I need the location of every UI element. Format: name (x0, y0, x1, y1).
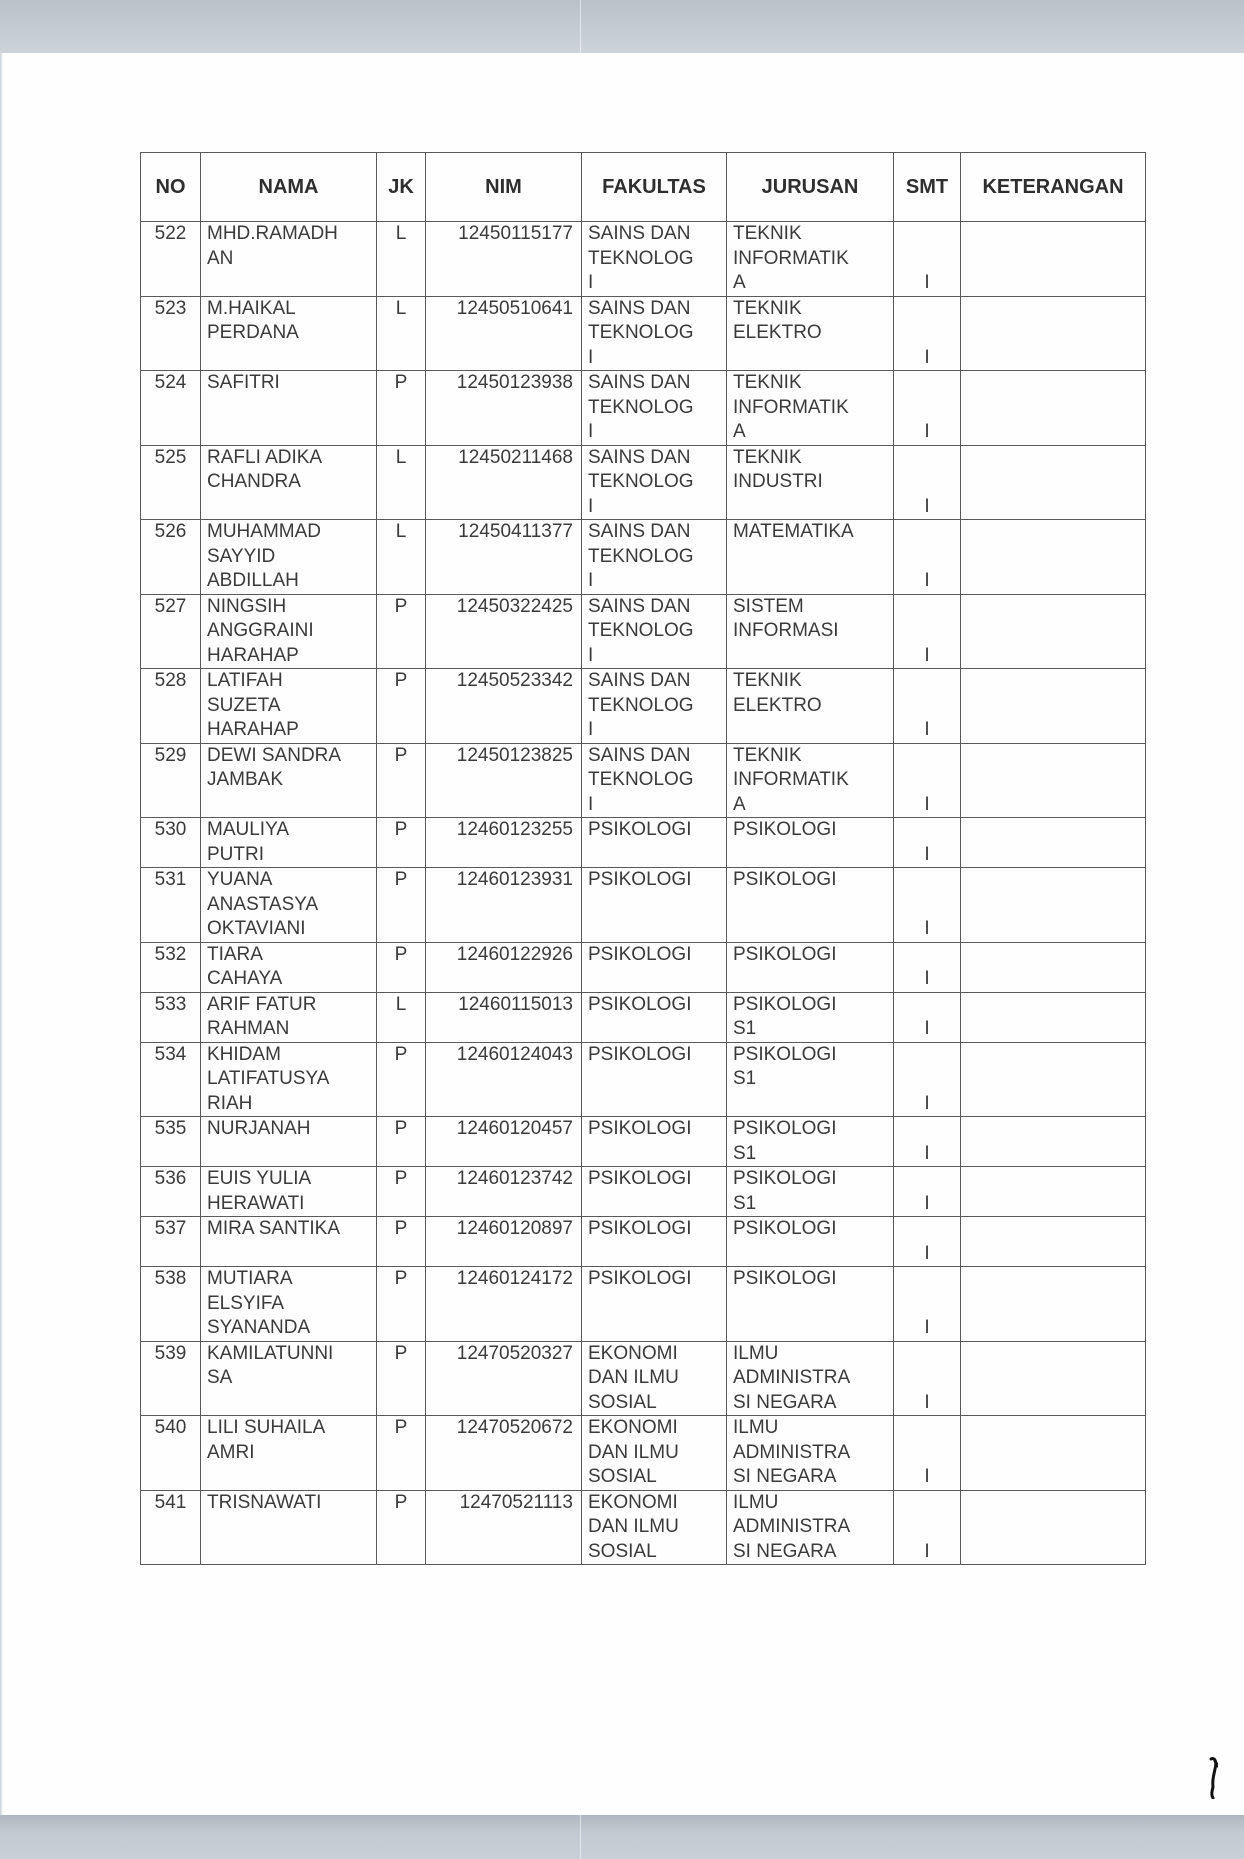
cell-jk-text: P (383, 1267, 419, 1292)
cell-jk-text: P (383, 595, 419, 620)
cell-keterangan (961, 222, 1146, 297)
cell-fakultas-text: PSIKOLOGI (588, 1117, 720, 1142)
cell-jk: P (377, 1117, 426, 1167)
cell-nim-text: 12460124172 (432, 1267, 573, 1292)
cell-nama-text: MIRA SANTIKA (207, 1217, 370, 1242)
cell-jurusan-text: PSIKOLOGI (733, 1217, 887, 1242)
cell-jk-text: P (383, 1167, 419, 1192)
cell-smt: I (894, 520, 961, 595)
cell-nim: 12460115013 (426, 992, 582, 1042)
cell-jurusan-text: TEKNIK ELEKTRO (733, 297, 887, 346)
cell-nim: 12470520327 (426, 1341, 582, 1416)
cell-fakultas: SAINS DAN TEKNOLOG I (582, 743, 727, 818)
cell-smt: I (894, 743, 961, 818)
cell-smt: I (894, 868, 961, 943)
cell-fakultas-text: PSIKOLOGI (588, 943, 720, 968)
cell-nama: NINGSIH ANGGRAINI HARAHAP (201, 594, 377, 669)
cell-fakultas-text: PSIKOLOGI (588, 868, 720, 893)
cell-jurusan: MATEMATIKA (727, 520, 894, 595)
cell-smt-text: I (900, 644, 954, 669)
cell-jk-text: P (383, 1217, 419, 1242)
cell-nim-text: 12460124043 (432, 1043, 573, 1068)
student-table: NO NAMA JK NIM FAKULTAS JURUSAN SMT KETE… (140, 152, 1146, 1565)
table-row: 536EUIS YULIA HERAWATIP12460123742PSIKOL… (141, 1167, 1146, 1217)
cell-no: 541 (141, 1490, 201, 1565)
cell-keterangan (961, 743, 1146, 818)
cell-nama-text: KAMILATUNNI SA (207, 1342, 370, 1391)
cell-jk: P (377, 1217, 426, 1267)
cell-fakultas: EKONOMI DAN ILMU SOSIAL (582, 1341, 727, 1416)
cell-jk: P (377, 371, 426, 446)
cell-nim-text: 12450123938 (432, 371, 573, 396)
table-row: 522MHD.RAMADH ANL12450115177SAINS DAN TE… (141, 222, 1146, 297)
cell-nim: 12460123255 (426, 818, 582, 868)
cell-nama: RAFLI ADIKA CHANDRA (201, 445, 377, 520)
cell-jurusan: PSIKOLOGI S1 (727, 992, 894, 1042)
cell-fakultas-text: PSIKOLOGI (588, 1217, 720, 1242)
cell-smt-text: I (900, 967, 954, 992)
cell-jurusan-text: TEKNIK INFORMATIK A (733, 222, 887, 296)
cell-nim-text: 12460120457 (432, 1117, 573, 1142)
table-row: 527NINGSIH ANGGRAINI HARAHAPP12450322425… (141, 594, 1146, 669)
cell-jurusan-text: ILMU ADMINISTRA SI NEGARA (733, 1491, 887, 1565)
cell-no-text: 533 (147, 993, 194, 1018)
cell-jk-text: L (383, 297, 419, 322)
cell-nim-text: 12460123255 (432, 818, 573, 843)
cell-no-text: 522 (147, 222, 194, 247)
cell-jk: P (377, 1167, 426, 1217)
cell-keterangan (961, 1117, 1146, 1167)
cell-keterangan (961, 1490, 1146, 1565)
cell-jurusan: TEKNIK INFORMATIK A (727, 371, 894, 446)
cell-no: 527 (141, 594, 201, 669)
cell-jk-text: L (383, 222, 419, 247)
cell-smt: I (894, 1217, 961, 1267)
cell-fakultas: PSIKOLOGI (582, 818, 727, 868)
cell-nama: DEWI SANDRA JAMBAK (201, 743, 377, 818)
cell-smt-text: I (900, 843, 954, 868)
cell-nim: 12460120897 (426, 1217, 582, 1267)
cell-jk: P (377, 942, 426, 992)
cell-no: 536 (141, 1167, 201, 1217)
cell-smt-text: I (900, 1242, 954, 1267)
cell-nama: M.HAIKAL PERDANA (201, 296, 377, 371)
table-header-row: NO NAMA JK NIM FAKULTAS JURUSAN SMT KETE… (141, 153, 1146, 222)
cell-no-text: 535 (147, 1117, 194, 1142)
cell-nim-text: 12470520327 (432, 1342, 573, 1367)
cell-fakultas-text: SAINS DAN TEKNOLOG I (588, 222, 720, 296)
table-row: 528LATIFAH SUZETA HARAHAPP12450523342SAI… (141, 669, 1146, 744)
cell-no: 535 (141, 1117, 201, 1167)
cell-keterangan (961, 296, 1146, 371)
cell-jurusan-text: TEKNIK INFORMATIK A (733, 744, 887, 818)
cell-nim: 12460123931 (426, 868, 582, 943)
table-row: 534KHIDAM LATIFATUSYA RIAHP12460124043PS… (141, 1042, 1146, 1117)
cell-nim-text: 12470520672 (432, 1416, 573, 1441)
cell-no-text: 524 (147, 371, 194, 396)
cell-nama: KAMILATUNNI SA (201, 1341, 377, 1416)
cell-fakultas-text: SAINS DAN TEKNOLOG I (588, 297, 720, 371)
cell-jurusan: SISTEM INFORMASI (727, 594, 894, 669)
cell-smt-text: I (900, 420, 954, 445)
cell-jurusan-text: PSIKOLOGI (733, 943, 887, 968)
table-row: 526MUHAMMAD SAYYID ABDILLAHL12450411377S… (141, 520, 1146, 595)
cell-no-text: 537 (147, 1217, 194, 1242)
cell-nim-text: 12450523342 (432, 669, 573, 694)
cell-nama-text: NURJANAH (207, 1117, 370, 1142)
header-jk: JK (377, 153, 426, 222)
cell-fakultas: PSIKOLOGI (582, 992, 727, 1042)
cell-jurusan-text: PSIKOLOGI S1 (733, 993, 887, 1042)
cell-jurusan: PSIKOLOGI (727, 1267, 894, 1342)
cell-smt-text: I (900, 1391, 954, 1416)
cell-fakultas-text: SAINS DAN TEKNOLOG I (588, 520, 720, 594)
cell-jk: P (377, 1267, 426, 1342)
cell-nim: 12450123825 (426, 743, 582, 818)
cell-nama: KHIDAM LATIFATUSYA RIAH (201, 1042, 377, 1117)
cell-nim-text: 12450411377 (432, 520, 573, 545)
cell-smt-text: I (900, 793, 954, 818)
header-no: NO (141, 153, 201, 222)
cell-no-text: 525 (147, 446, 194, 471)
cell-nim-text: 12470521113 (432, 1491, 573, 1516)
cell-smt: I (894, 222, 961, 297)
cell-no: 539 (141, 1341, 201, 1416)
cell-nama-text: RAFLI ADIKA CHANDRA (207, 446, 370, 495)
cell-smt-text: I (900, 1192, 954, 1217)
cell-smt-text: I (900, 1540, 954, 1565)
cell-jurusan: TEKNIK ELEKTRO (727, 296, 894, 371)
cell-smt: I (894, 1042, 961, 1117)
cell-jk-text: L (383, 520, 419, 545)
table-row: 539KAMILATUNNI SAP12470520327EKONOMI DAN… (141, 1341, 1146, 1416)
cell-jurusan: TEKNIK INFORMATIK A (727, 222, 894, 297)
cell-no-text: 529 (147, 744, 194, 769)
cell-fakultas-text: SAINS DAN TEKNOLOG I (588, 446, 720, 520)
cell-no: 530 (141, 818, 201, 868)
cell-smt: I (894, 371, 961, 446)
cell-smt: I (894, 296, 961, 371)
cell-nim-text: 12460120897 (432, 1217, 573, 1242)
cell-nama-text: LILI SUHAILA AMRI (207, 1416, 370, 1465)
cell-keterangan (961, 1042, 1146, 1117)
cell-smt: I (894, 1167, 961, 1217)
cell-keterangan (961, 818, 1146, 868)
cell-jurusan-text: MATEMATIKA (733, 520, 887, 545)
cell-fakultas-text: SAINS DAN TEKNOLOG I (588, 744, 720, 818)
cell-fakultas-text: PSIKOLOGI (588, 1167, 720, 1192)
cell-fakultas-text: SAINS DAN TEKNOLOG I (588, 595, 720, 669)
cell-no-text: 540 (147, 1416, 194, 1441)
cell-nim: 12460122926 (426, 942, 582, 992)
cell-no-text: 532 (147, 943, 194, 968)
cell-no: 538 (141, 1267, 201, 1342)
table-row: 529DEWI SANDRA JAMBAKP12450123825SAINS D… (141, 743, 1146, 818)
cell-nama-text: MUHAMMAD SAYYID ABDILLAH (207, 520, 370, 594)
cell-no: 531 (141, 868, 201, 943)
cell-fakultas: EKONOMI DAN ILMU SOSIAL (582, 1490, 727, 1565)
table-row: 524SAFITRIP12450123938SAINS DAN TEKNOLOG… (141, 371, 1146, 446)
cell-jurusan: ILMU ADMINISTRA SI NEGARA (727, 1490, 894, 1565)
cell-nim-text: 12450211468 (432, 446, 573, 471)
cell-jurusan: ILMU ADMINISTRA SI NEGARA (727, 1341, 894, 1416)
cell-nim-text: 12450510641 (432, 297, 573, 322)
cell-no-text: 527 (147, 595, 194, 620)
table-row: 530MAULIYA PUTRIP12460123255PSIKOLOGIPSI… (141, 818, 1146, 868)
cell-no-text: 523 (147, 297, 194, 322)
cell-jk-text: L (383, 446, 419, 471)
table-body: 522MHD.RAMADH ANL12450115177SAINS DAN TE… (141, 222, 1146, 1565)
cell-nim-text: 12460123931 (432, 868, 573, 893)
cell-fakultas: PSIKOLOGI (582, 1167, 727, 1217)
cell-smt-text: I (900, 1465, 954, 1490)
cell-jurusan: PSIKOLOGI S1 (727, 1167, 894, 1217)
cell-no-text: 541 (147, 1491, 194, 1516)
cell-nim-text: 12460122926 (432, 943, 573, 968)
cell-no-text: 531 (147, 868, 194, 893)
cell-fakultas: SAINS DAN TEKNOLOG I (582, 594, 727, 669)
cell-jk-text: P (383, 744, 419, 769)
cell-fakultas: EKONOMI DAN ILMU SOSIAL (582, 1416, 727, 1491)
cell-jurusan-text: PSIKOLOGI (733, 868, 887, 893)
cell-fakultas: PSIKOLOGI (582, 1267, 727, 1342)
cell-smt: I (894, 1267, 961, 1342)
cell-no: 523 (141, 296, 201, 371)
cell-no: 540 (141, 1416, 201, 1491)
cell-no: 534 (141, 1042, 201, 1117)
cell-nama-text: ARIF FATUR RAHMAN (207, 993, 370, 1042)
cell-jurusan-text: PSIKOLOGI S1 (733, 1043, 887, 1092)
cell-nim-text: 12460123742 (432, 1167, 573, 1192)
cell-nama-text: NINGSIH ANGGRAINI HARAHAP (207, 595, 370, 669)
cell-jk-text: P (383, 1491, 419, 1516)
cell-nim-text: 12450123825 (432, 744, 573, 769)
header-nama: NAMA (201, 153, 377, 222)
cell-nim: 12450411377 (426, 520, 582, 595)
table-row: 525RAFLI ADIKA CHANDRAL12450211468SAINS … (141, 445, 1146, 520)
cell-fakultas: SAINS DAN TEKNOLOG I (582, 296, 727, 371)
cell-nama: MHD.RAMADH AN (201, 222, 377, 297)
cell-no: 532 (141, 942, 201, 992)
cell-smt: I (894, 445, 961, 520)
cell-nim: 12450115177 (426, 222, 582, 297)
cell-keterangan (961, 1217, 1146, 1267)
cell-nim: 12470520672 (426, 1416, 582, 1491)
cell-jurusan-text: TEKNIK ELEKTRO (733, 669, 887, 718)
table-row: 540LILI SUHAILA AMRIP12470520672EKONOMI … (141, 1416, 1146, 1491)
cell-smt-text: I (900, 1092, 954, 1117)
cell-keterangan (961, 942, 1146, 992)
cell-nama: MUTIARA ELSYIFA SYANANDA (201, 1267, 377, 1342)
cell-nama-text: TRISNAWATI (207, 1491, 370, 1516)
cell-jk-text: P (383, 1342, 419, 1367)
page-edge-shadow (0, 53, 3, 1815)
cell-smt: I (894, 1490, 961, 1565)
cell-smt: I (894, 942, 961, 992)
cell-nim: 12470521113 (426, 1490, 582, 1565)
cell-nim: 12460120457 (426, 1117, 582, 1167)
cell-jurusan: ILMU ADMINISTRA SI NEGARA (727, 1416, 894, 1491)
table-row: 538MUTIARA ELSYIFA SYANANDAP12460124172P… (141, 1267, 1146, 1342)
cell-smt-text: I (900, 569, 954, 594)
cell-keterangan (961, 445, 1146, 520)
cell-nama: TIARA CAHAYA (201, 942, 377, 992)
cell-smt-text: I (900, 271, 954, 296)
cell-nim: 12460123742 (426, 1167, 582, 1217)
cell-jurusan: PSIKOLOGI (727, 868, 894, 943)
cell-keterangan (961, 594, 1146, 669)
cell-keterangan (961, 371, 1146, 446)
scanner-band-top (0, 0, 1244, 53)
cell-nama-text: LATIFAH SUZETA HARAHAP (207, 669, 370, 743)
cell-jurusan-text: PSIKOLOGI (733, 818, 887, 843)
cell-jk-text: P (383, 943, 419, 968)
cell-nim: 12450510641 (426, 296, 582, 371)
cell-jk-text: P (383, 818, 419, 843)
cell-nim: 12450211468 (426, 445, 582, 520)
cell-smt-text: I (900, 346, 954, 371)
cell-smt: I (894, 818, 961, 868)
cell-no-text: 528 (147, 669, 194, 694)
cell-nama: MIRA SANTIKA (201, 1217, 377, 1267)
cell-keterangan (961, 868, 1146, 943)
header-smt: SMT (894, 153, 961, 222)
cell-no-text: 534 (147, 1043, 194, 1068)
cell-jk: L (377, 520, 426, 595)
table-row: 531YUANA ANASTASYA OKTAVIANIP12460123931… (141, 868, 1146, 943)
cell-jurusan-text: PSIKOLOGI S1 (733, 1117, 887, 1166)
cell-smt-text: I (900, 1142, 954, 1167)
header-fakultas: FAKULTAS (582, 153, 727, 222)
cell-keterangan (961, 1416, 1146, 1491)
cell-fakultas-text: PSIKOLOGI (588, 1267, 720, 1292)
cell-nama: EUIS YULIA HERAWATI (201, 1167, 377, 1217)
cell-no: 522 (141, 222, 201, 297)
cell-jurusan-text: TEKNIK INFORMATIK A (733, 371, 887, 445)
cell-nama: NURJANAH (201, 1117, 377, 1167)
cell-jk: L (377, 296, 426, 371)
cell-jk-text: P (383, 868, 419, 893)
cell-no: 526 (141, 520, 201, 595)
cell-jk-text: P (383, 1117, 419, 1142)
scanner-band-bottom (0, 1815, 1244, 1859)
cell-smt-text: I (900, 1316, 954, 1341)
table-row: 541TRISNAWATIP12470521113EKONOMI DAN ILM… (141, 1490, 1146, 1565)
cell-nama-text: DEWI SANDRA JAMBAK (207, 744, 370, 793)
cell-keterangan (961, 992, 1146, 1042)
cell-smt-text: I (900, 495, 954, 520)
cell-smt: I (894, 594, 961, 669)
cell-nama: SAFITRI (201, 371, 377, 446)
cell-jk: L (377, 222, 426, 297)
cell-fakultas: SAINS DAN TEKNOLOG I (582, 371, 727, 446)
cell-no-text: 538 (147, 1267, 194, 1292)
cell-nama-text: SAFITRI (207, 371, 370, 396)
cell-nama: MAULIYA PUTRI (201, 818, 377, 868)
cell-no: 525 (141, 445, 201, 520)
table-row: 537MIRA SANTIKAP12460120897PSIKOLOGIPSIK… (141, 1217, 1146, 1267)
cell-nama-text: KHIDAM LATIFATUSYA RIAH (207, 1043, 370, 1117)
cell-jk: P (377, 669, 426, 744)
cell-jk: P (377, 594, 426, 669)
cell-jurusan-text: ILMU ADMINISTRA SI NEGARA (733, 1416, 887, 1490)
cell-jk-text: P (383, 1043, 419, 1068)
table-row: 523M.HAIKAL PERDANAL12450510641SAINS DAN… (141, 296, 1146, 371)
cell-jurusan: PSIKOLOGI S1 (727, 1117, 894, 1167)
cell-fakultas-text: EKONOMI DAN ILMU SOSIAL (588, 1416, 720, 1490)
cell-jurusan: TEKNIK ELEKTRO (727, 669, 894, 744)
cell-no-text: 530 (147, 818, 194, 843)
cell-jurusan-text: SISTEM INFORMASI (733, 595, 887, 644)
cell-jurusan-text: TEKNIK INDUSTRI (733, 446, 887, 495)
cell-nama-text: MUTIARA ELSYIFA SYANANDA (207, 1267, 370, 1341)
cell-nim: 12450523342 (426, 669, 582, 744)
cell-fakultas: PSIKOLOGI (582, 1042, 727, 1117)
cell-no: 529 (141, 743, 201, 818)
cell-nim-text: 12460115013 (432, 993, 573, 1018)
cell-nama: MUHAMMAD SAYYID ABDILLAH (201, 520, 377, 595)
cell-keterangan (961, 1267, 1146, 1342)
cell-jurusan-text: PSIKOLOGI (733, 1267, 887, 1292)
cell-fakultas-text: SAINS DAN TEKNOLOG I (588, 371, 720, 445)
header-jurusan: JURUSAN (727, 153, 894, 222)
cell-jk-text: P (383, 371, 419, 396)
cell-nim-text: 12450115177 (432, 222, 573, 247)
cell-jk: L (377, 992, 426, 1042)
cell-nim: 12450123938 (426, 371, 582, 446)
cell-jk: P (377, 868, 426, 943)
cell-smt-text: I (900, 1017, 954, 1042)
cell-fakultas: PSIKOLOGI (582, 1117, 727, 1167)
cell-jurusan: TEKNIK INFORMATIK A (727, 743, 894, 818)
cell-no: 533 (141, 992, 201, 1042)
cell-nama-text: YUANA ANASTASYA OKTAVIANI (207, 868, 370, 942)
header-keterangan: KETERANGAN (961, 153, 1146, 222)
cell-nama: LATIFAH SUZETA HARAHAP (201, 669, 377, 744)
handwritten-initial-mark (1208, 1757, 1218, 1799)
cell-no-text: 539 (147, 1342, 194, 1367)
cell-nim: 12450322425 (426, 594, 582, 669)
cell-nim-text: 12450322425 (432, 595, 573, 620)
cell-fakultas: PSIKOLOGI (582, 942, 727, 992)
cell-fakultas-text: PSIKOLOGI (588, 1043, 720, 1068)
cell-fakultas-text: PSIKOLOGI (588, 818, 720, 843)
cell-fakultas-text: SAINS DAN TEKNOLOG I (588, 669, 720, 743)
cell-keterangan (961, 520, 1146, 595)
cell-jk: P (377, 1490, 426, 1565)
cell-jurusan-text: PSIKOLOGI S1 (733, 1167, 887, 1216)
cell-smt-text: I (900, 917, 954, 942)
cell-keterangan (961, 669, 1146, 744)
cell-fakultas: SAINS DAN TEKNOLOG I (582, 520, 727, 595)
cell-nim: 12460124043 (426, 1042, 582, 1117)
cell-fakultas: SAINS DAN TEKNOLOG I (582, 445, 727, 520)
cell-no-text: 526 (147, 520, 194, 545)
cell-jurusan: PSIKOLOGI S1 (727, 1042, 894, 1117)
cell-jurusan: TEKNIK INDUSTRI (727, 445, 894, 520)
cell-nama-text: MHD.RAMADH AN (207, 222, 370, 271)
cell-jk: P (377, 1042, 426, 1117)
cell-fakultas: SAINS DAN TEKNOLOG I (582, 669, 727, 744)
cell-fakultas-text: PSIKOLOGI (588, 993, 720, 1018)
table-row: 533ARIF FATUR RAHMANL12460115013PSIKOLOG… (141, 992, 1146, 1042)
cell-jk-text: L (383, 993, 419, 1018)
cell-nama-text: TIARA CAHAYA (207, 943, 370, 992)
cell-jk: L (377, 445, 426, 520)
cell-no: 528 (141, 669, 201, 744)
cell-keterangan (961, 1341, 1146, 1416)
cell-nama: YUANA ANASTASYA OKTAVIANI (201, 868, 377, 943)
